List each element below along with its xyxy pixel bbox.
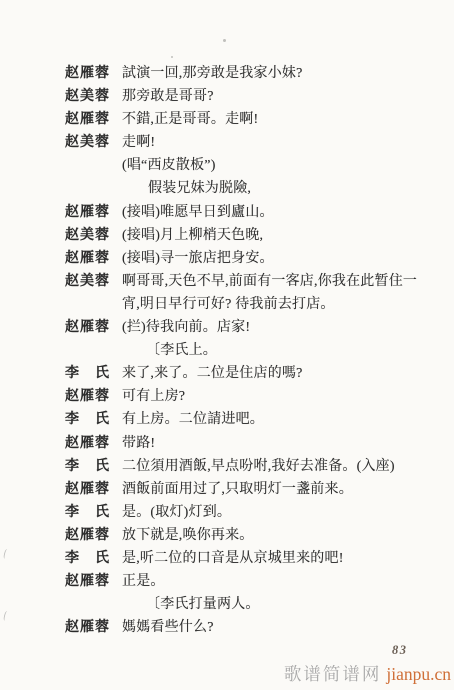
line-text: 来了,来了。二位是住店的嗎? — [122, 362, 424, 385]
speaker-name: 赵美蓉 — [65, 224, 122, 247]
line-text: (接唱)月上柳梢天色晚, — [122, 224, 424, 247]
script-line: 赵雁蓉 可有上房? — [65, 385, 447, 408]
line-text: (唱“西皮散板”) — [122, 154, 424, 177]
speaker-name: 李 氏 — [65, 501, 122, 524]
line-text: 酒飯前面用过了,只取明灯一盞前来。 — [122, 478, 424, 501]
script-line: 赵美蓉 那旁敢是哥哥? — [65, 85, 447, 108]
line-text: 〔李氏打量两人。 — [122, 593, 424, 616]
script-line: 赵美蓉 走啊! — [65, 131, 447, 154]
scan-artifact — [223, 39, 226, 42]
script-line: 赵雁蓉 媽媽看些什么? — [65, 616, 447, 639]
speaker-name: 李 氏 — [65, 547, 122, 570]
speaker-name: 赵雁蓉 — [65, 108, 122, 131]
watermark: 歌谱简谱网jianpu.cn — [284, 661, 451, 686]
line-text: 那旁敢是哥哥? — [122, 85, 424, 108]
line-text: 媽媽看些什么? — [122, 616, 424, 639]
speaker-name: 赵美蓉 — [65, 270, 122, 293]
line-text: 正是。 — [122, 570, 424, 593]
script-line: 赵雁蓉 (接唱)唯愿早日到廬山。 — [65, 201, 447, 224]
script-line: 〔李氏打量两人。 — [65, 593, 447, 616]
line-text: 二位須用酒飯,早点吩咐,我好去准备。(入座) — [122, 455, 424, 478]
script-line: 李 氏 来了,来了。二位是住店的嗎? — [65, 362, 447, 385]
script-line: 赵雁蓉 不錯,正是哥哥。走啊! — [65, 108, 447, 131]
line-text: 放下就是,唤你再来。 — [122, 524, 424, 547]
speaker-name: 李 氏 — [65, 408, 122, 431]
line-text: (拦)待我向前。店家! — [122, 316, 424, 339]
line-text: 不錯,正是哥哥。走啊! — [122, 108, 424, 131]
line-text: (接唱)唯愿早日到廬山。 — [122, 201, 424, 224]
script-line: 赵雁蓉 (拦)待我向前。店家! — [65, 316, 447, 339]
speaker-name: 赵雁蓉 — [65, 524, 122, 547]
speaker-name: 李 氏 — [65, 362, 122, 385]
script-line: (唱“西皮散板”) — [65, 154, 447, 177]
speaker-name: 赵美蓉 — [65, 85, 122, 108]
speaker-name: 赵雁蓉 — [65, 385, 122, 408]
script-line: 赵雁蓉 酒飯前面用过了,只取明灯一盞前来。 — [65, 478, 447, 501]
script-line: 赵美蓉 啊哥哥,天色不早,前面有一客店,你我在此暂住一宵,明日早行可好? 待我前… — [65, 270, 447, 316]
script-content: 赵雁蓉 試演一回,那旁敢是我家小妹? 赵美蓉 那旁敢是哥哥? 赵雁蓉 不錯,正是… — [65, 62, 447, 639]
line-text: 試演一回,那旁敢是我家小妹? — [122, 62, 424, 85]
scan-artifact — [3, 549, 9, 560]
line-text: (接唱)寻一旅店把身安。 — [122, 247, 424, 270]
script-line: 赵美蓉 (接唱)月上柳梢天色晚, — [65, 224, 447, 247]
line-text: 可有上房? — [122, 385, 424, 408]
scan-artifact — [171, 56, 173, 58]
script-line: 〔李氏上。 — [65, 339, 447, 362]
line-text: 有上房。二位請进吧。 — [122, 408, 424, 431]
line-text: 啊哥哥,天色不早,前面有一客店,你我在此暂住一宵,明日早行可好? 待我前去打店。 — [122, 270, 424, 316]
page-number: 83 — [392, 643, 408, 658]
scan-artifact — [3, 611, 9, 622]
script-line: 李 氏 是,听二位的口音是从京城里来的吧! — [65, 547, 447, 570]
line-text: 带路! — [122, 432, 424, 455]
watermark-site-url: jianpu.cn — [386, 664, 451, 684]
script-line: 赵雁蓉 放下就是,唤你再来。 — [65, 524, 447, 547]
speaker-name: 李 氏 — [65, 455, 122, 478]
script-line: 赵雁蓉 正是。 — [65, 570, 447, 593]
speaker-name: 赵雁蓉 — [65, 316, 122, 339]
line-text: 走啊! — [122, 131, 424, 154]
speaker-name: 赵雁蓉 — [65, 570, 122, 593]
speaker-name: 赵雁蓉 — [65, 478, 122, 501]
watermark-site-name: 歌谱简谱网 — [284, 664, 382, 684]
line-text: 〔李氏上。 — [122, 339, 424, 362]
script-line: 李 氏 是。(取灯)灯到。 — [65, 501, 447, 524]
line-text: 是。(取灯)灯到。 — [122, 501, 424, 524]
script-line: 赵雁蓉 試演一回,那旁敢是我家小妹? — [65, 62, 447, 85]
script-line: 李 氏 有上房。二位請进吧。 — [65, 408, 447, 431]
script-line: 假装兄妹为脱險, — [65, 177, 447, 200]
speaker-name: 赵雁蓉 — [65, 62, 122, 85]
script-line: 李 氏 二位須用酒飯,早点吩咐,我好去准备。(入座) — [65, 455, 447, 478]
scanned-script-page: { "page": { "number": "83", "watermark":… — [0, 0, 454, 690]
line-text: 是,听二位的口音是从京城里来的吧! — [122, 547, 424, 570]
speaker-name: 赵雁蓉 — [65, 432, 122, 455]
speaker-name: 赵雁蓉 — [65, 201, 122, 224]
speaker-name: 赵雁蓉 — [65, 247, 122, 270]
script-line: 赵雁蓉 (接唱)寻一旅店把身安。 — [65, 247, 447, 270]
script-line: 赵雁蓉 带路! — [65, 432, 447, 455]
line-text: 假装兄妹为脱險, — [122, 177, 424, 200]
speaker-name: 赵美蓉 — [65, 131, 122, 154]
speaker-name: 赵雁蓉 — [65, 616, 122, 639]
